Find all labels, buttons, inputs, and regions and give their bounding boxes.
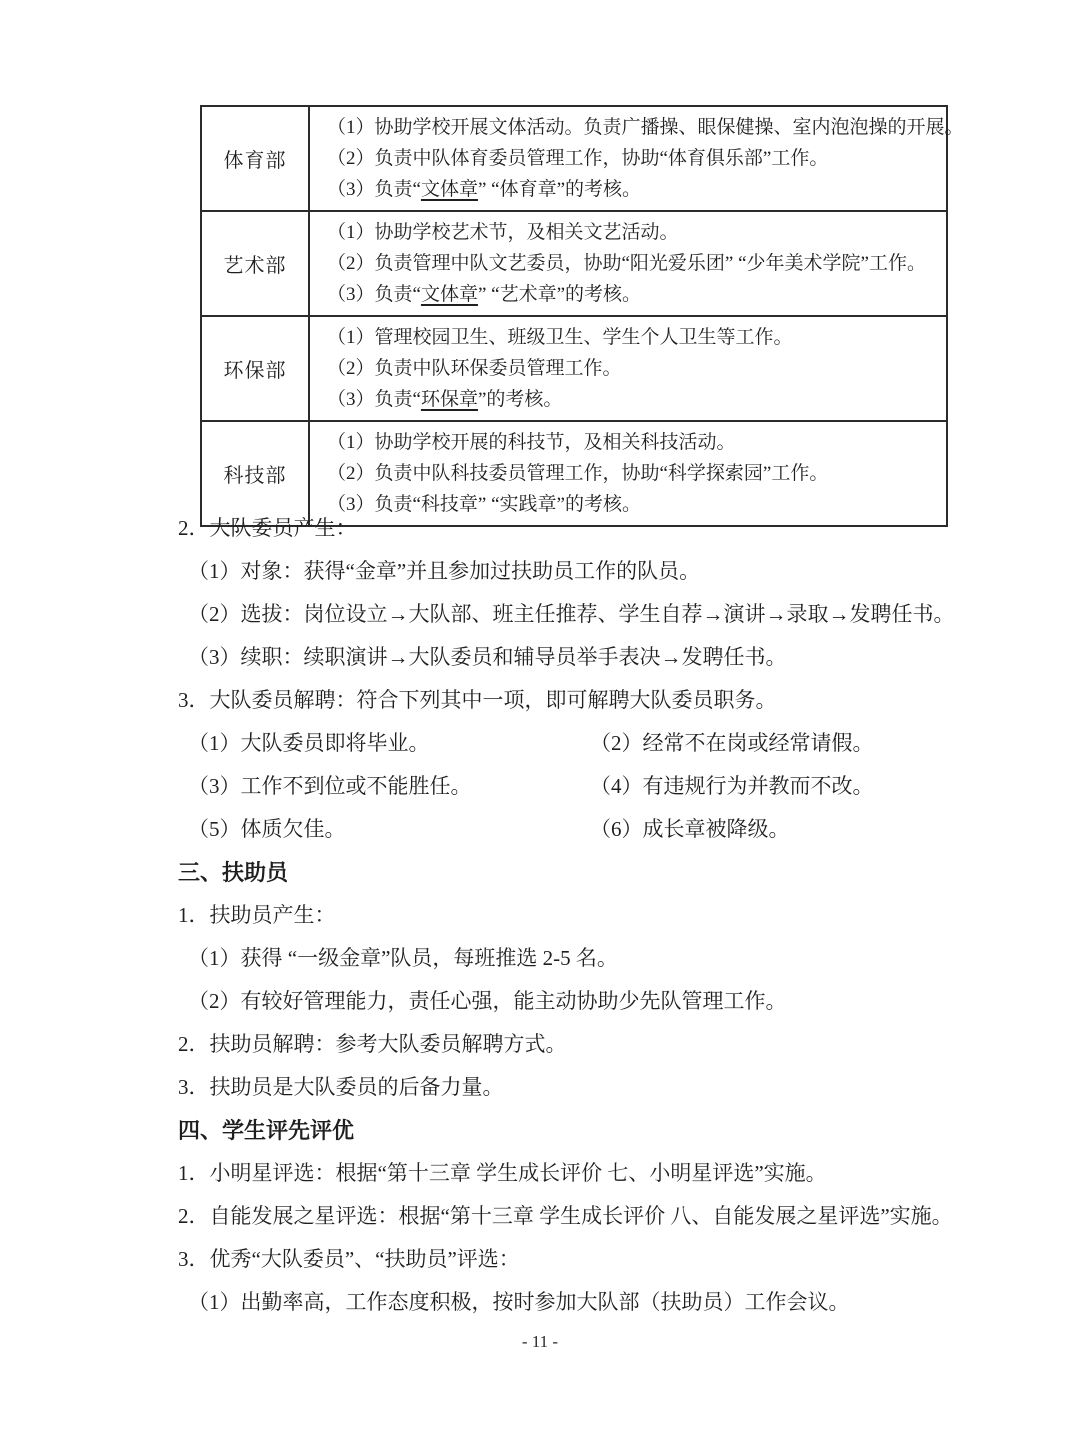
- duty-text-segment: （1）协助学校艺术节，及相关文艺活动。: [327, 222, 679, 243]
- duty-line: （1）协助学校开展的科技节，及相关科技活动。: [327, 427, 938, 458]
- paragraph-committee-selection-title: 2．大队委员产生：: [178, 507, 968, 550]
- duty-text-segment: （1）协助学校开展文体活动。负责广播操、眼保健操、室内泡泡操的开展。: [327, 117, 964, 138]
- dept-name-cell: 环保部: [202, 317, 310, 420]
- dismissal-item: （5）体质欠佳。: [188, 808, 590, 851]
- duty-line: （3）负责“文体章” “艺术章”的考核。: [327, 279, 938, 310]
- paragraph: （2）有较好管理能力，责任心强，能主动协助少先队管理工作。: [178, 980, 968, 1023]
- duty-text-segment: （1）管理校园卫生、班级卫生、学生个人卫生等工作。: [327, 327, 793, 348]
- duty-line: （2）负责中队环保委员管理工作。: [327, 353, 938, 384]
- two-column-row: （5）体质欠佳。（6）成长章被降级。: [178, 808, 968, 851]
- document-body: 2．大队委员产生： （1）对象：获得“金章”并且参加过扶助员工作的队员。 （2）…: [178, 507, 968, 1324]
- paragraph: 3．扶助员是大队委员的后备力量。: [178, 1066, 968, 1109]
- dismissal-item: （6）成长章被降级。: [590, 808, 790, 851]
- duty-line: （3）负责“环保章”的考核。: [327, 384, 938, 415]
- paragraph: 2．扶助员解聘：参考大队委员解聘方式。: [178, 1023, 968, 1066]
- paragraph: （3）续职：续职演讲→大队委员和辅导员举手表决→发聘任书。: [178, 636, 968, 679]
- dept-duties-cell: （1）协助学校开展文体活动。负责广播操、眼保健操、室内泡泡操的开展。 （2）负责…: [310, 107, 972, 210]
- duty-line: （2）负责中队体育委员管理工作，协助“体育俱乐部”工作。: [327, 143, 964, 174]
- duty-text-segment: （1）协助学校开展的科技节，及相关科技活动。: [327, 432, 736, 453]
- duty-text-segment: ” “体育章”的考核。: [478, 179, 641, 200]
- paragraph: 2．自能发展之星评选：根据“第十三章 学生成长评价 八、自能发展之星评选”实施。: [178, 1195, 968, 1238]
- dept-name-cell: 体育部: [202, 107, 310, 210]
- dismissal-item: （2）经常不在岗或经常请假。: [590, 722, 874, 765]
- section-heading-awards: 四、学生评先评优: [178, 1109, 968, 1152]
- dept-duties-cell: （1）管理校园卫生、班级卫生、学生个人卫生等工作。 （2）负责中队环保委员管理工…: [310, 317, 946, 420]
- table-row: 艺术部 （1）协助学校艺术节，及相关文艺活动。 （2）负责管理中队文艺委员，协助…: [202, 210, 946, 315]
- underlined-term: 文体章: [421, 179, 478, 200]
- paragraph: 1．小明星评选：根据“第十三章 学生成长评价 七、小明星评选”实施。: [178, 1152, 968, 1195]
- table-row: 体育部 （1）协助学校开展文体活动。负责广播操、眼保健操、室内泡泡操的开展。 （…: [202, 107, 946, 210]
- duty-text-segment: ” “艺术章”的考核。: [478, 284, 641, 305]
- duty-line: （1）协助学校艺术节，及相关文艺活动。: [327, 217, 938, 248]
- paragraph: （1）出勤率高，工作态度积极，按时参加大队部（扶助员）工作会议。: [178, 1281, 968, 1324]
- page-number: - 11 -: [0, 1332, 1080, 1352]
- duty-text-segment: （2）负责中队科技委员管理工作，协助“科学探索园”工作。: [327, 463, 828, 484]
- duty-line: （3）负责“文体章” “体育章”的考核。: [327, 174, 964, 205]
- duty-line: （1）协助学校开展文体活动。负责广播操、眼保健操、室内泡泡操的开展。: [327, 112, 964, 143]
- document-page: 体育部 （1）协助学校开展文体活动。负责广播操、眼保健操、室内泡泡操的开展。 （…: [0, 0, 1080, 1439]
- paragraph-committee-dismissal-title: 3．大队委员解聘：符合下列其中一项，即可解聘大队委员职务。: [178, 679, 968, 722]
- duty-text-segment: （3）负责“: [327, 179, 421, 200]
- duty-line: （2）负责中队科技委员管理工作，协助“科学探索园”工作。: [327, 458, 938, 489]
- paragraph: （2）选拔：岗位设立→大队部、班主任推荐、学生自荐→演讲→录取→发聘任书。: [178, 593, 968, 636]
- dismissal-item: （3）工作不到位或不能胜任。: [188, 765, 590, 808]
- paragraph: 1．扶助员产生：: [178, 894, 968, 937]
- paragraph: 3．优秀“大队委员”、“扶助员”评选：: [178, 1238, 968, 1281]
- dismissal-item: （1）大队委员即将毕业。: [188, 722, 590, 765]
- dept-name-cell: 艺术部: [202, 212, 310, 315]
- paragraph: （1）获得 “一级金章”队员，每班推选 2-5 名。: [178, 937, 968, 980]
- table-row: 环保部 （1）管理校园卫生、班级卫生、学生个人卫生等工作。 （2）负责中队环保委…: [202, 315, 946, 420]
- underlined-term: 环保章: [421, 389, 478, 410]
- duty-text-segment: （2）负责中队体育委员管理工作，协助“体育俱乐部”工作。: [327, 148, 828, 169]
- section-heading-helpers: 三、扶助员: [178, 851, 968, 894]
- duty-text-segment: ”的考核。: [478, 389, 562, 410]
- dismissal-item: （4）有违规行为并教而不改。: [590, 765, 874, 808]
- paragraph: （1）对象：获得“金章”并且参加过扶助员工作的队员。: [178, 550, 968, 593]
- duty-line: （1）管理校园卫生、班级卫生、学生个人卫生等工作。: [327, 322, 938, 353]
- duty-text-segment: （2）负责中队环保委员管理工作。: [327, 358, 622, 379]
- duty-text-segment: （3）负责“: [327, 389, 421, 410]
- department-duties-table: 体育部 （1）协助学校开展文体活动。负责广播操、眼保健操、室内泡泡操的开展。 （…: [200, 105, 948, 527]
- duty-text-segment: （3）负责“: [327, 284, 421, 305]
- duty-line: （2）负责管理中队文艺委员，协助“阳光爱乐团” “少年美术学院”工作。: [327, 248, 938, 279]
- dept-duties-cell: （1）协助学校艺术节，及相关文艺活动。 （2）负责管理中队文艺委员，协助“阳光爱…: [310, 212, 946, 315]
- two-column-row: （1）大队委员即将毕业。（2）经常不在岗或经常请假。: [178, 722, 968, 765]
- two-column-row: （3）工作不到位或不能胜任。（4）有违规行为并教而不改。: [178, 765, 968, 808]
- duty-text-segment: （2）负责管理中队文艺委员，协助“阳光爱乐团” “少年美术学院”工作。: [327, 253, 926, 274]
- underlined-term: 文体章: [421, 284, 478, 305]
